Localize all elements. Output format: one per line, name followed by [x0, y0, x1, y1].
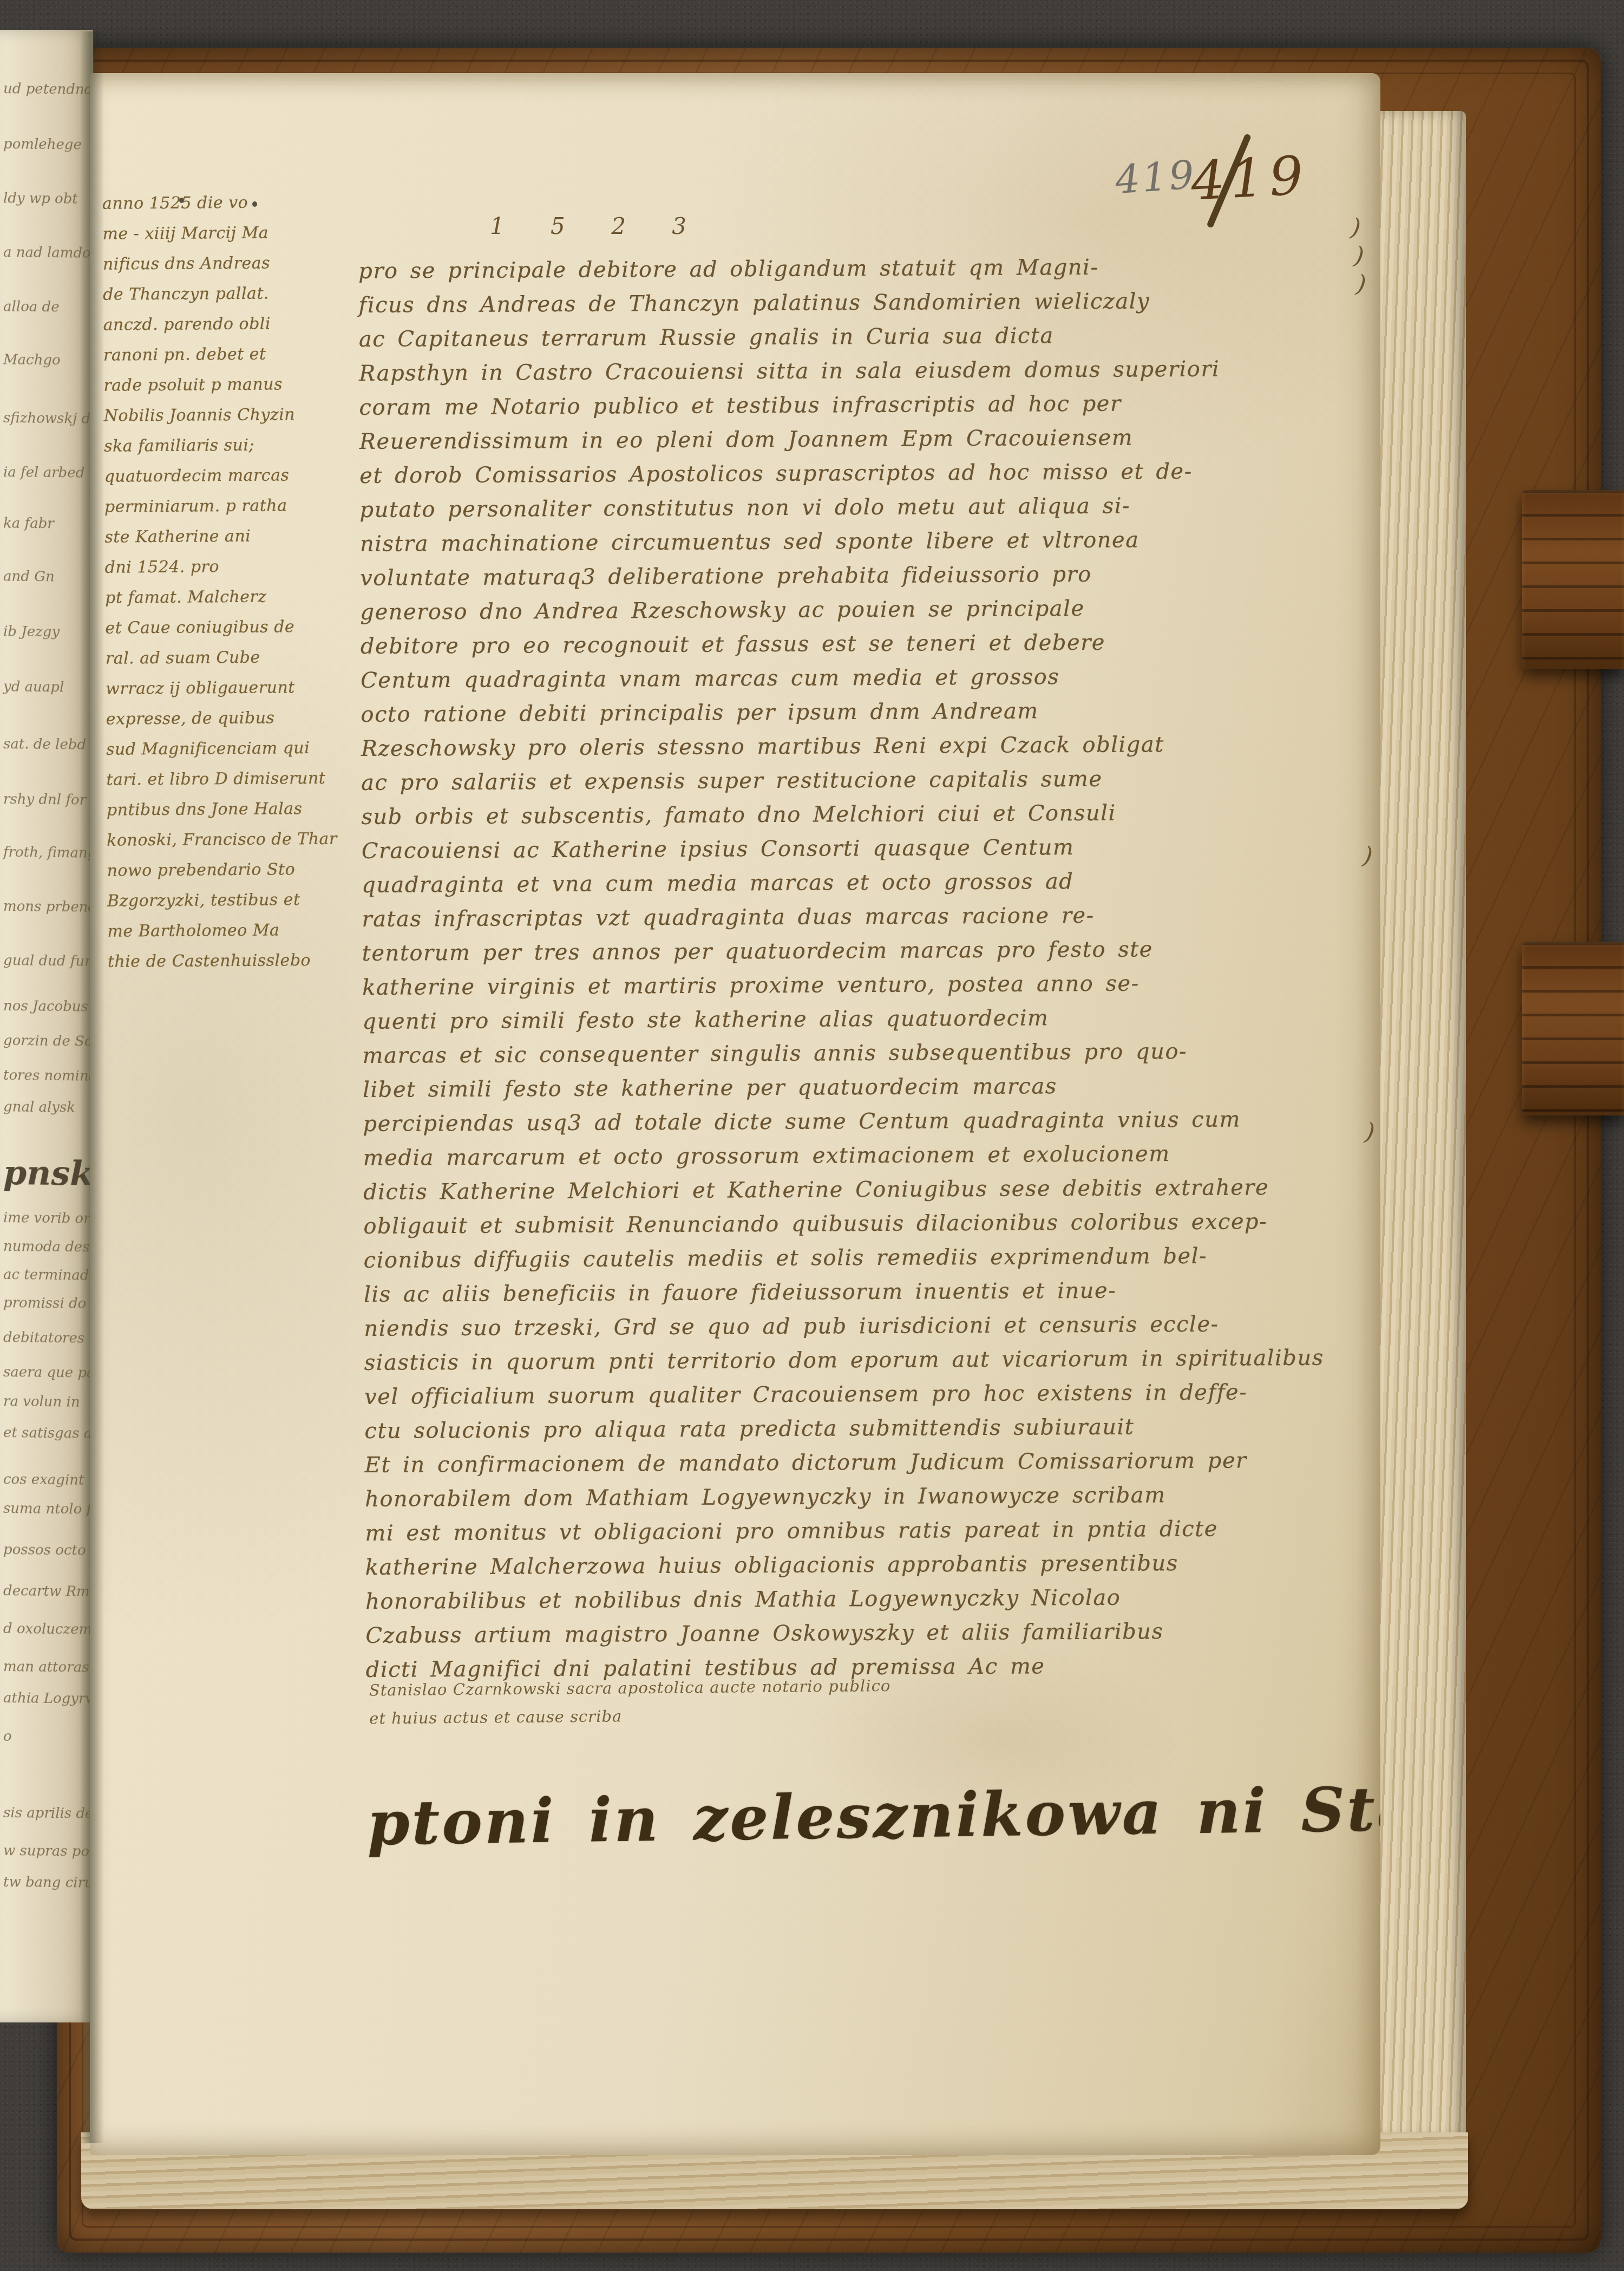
right-margin-mark: ) — [1361, 841, 1374, 870]
facing-page-fragment: d oxoluczemku — [3, 1621, 95, 1638]
facing-page-fragment: decartw Rmi — [3, 1583, 94, 1600]
manuscript-page: 419 419 1 5 2 3 anno 1525 die vome - xii… — [90, 73, 1380, 2155]
right-margin-mark: ) — [1353, 242, 1366, 270]
facing-page-fragment: ka fabr — [3, 515, 54, 532]
facing-page-fragment: pnska — [3, 1153, 95, 1193]
manuscript-photo-stage: ud petendndpomlehegeldy wp obta nad lamd… — [0, 0, 1624, 2271]
facing-page-fragment: sat. de lebd — [3, 736, 86, 753]
facing-page-fragment: suma ntolo fact — [3, 1500, 95, 1518]
facing-page-fragment: mons prbenda — [3, 898, 95, 916]
facing-page-fragment: sfizhowskj do — [3, 410, 95, 427]
facing-page-fragment: sis aprilis dest — [3, 1805, 95, 1822]
facing-page-fragment: yd auapl — [3, 678, 64, 695]
facing-page-fragment: tores nominata — [3, 1067, 95, 1085]
facing-page-fragment: alloa de — [3, 298, 60, 315]
facing-page-fragment: o — [3, 1728, 12, 1745]
facing-page-fragment: gnal alysk — [3, 1099, 75, 1115]
facing-page-fragment: pomlehege — [3, 136, 82, 153]
facing-page-fragment: w supras porn — [3, 1843, 95, 1860]
facing-page-fragment: froth, fimango — [3, 844, 95, 862]
facing-page-fragment: man attorasta — [3, 1659, 95, 1676]
facing-page-fragment: tw bang cirusto — [3, 1874, 95, 1891]
facing-page-text-fragments: ud petendndpomlehegeldy wp obta nad lamd… — [0, 0, 95, 2271]
facing-page-fragment: a nad lamdo — [3, 244, 91, 262]
facing-page-fragment: rshy dnl for — [3, 791, 86, 808]
right-margin-mark: ) — [1355, 270, 1368, 298]
facing-page-fragment: Machgo — [3, 351, 61, 368]
leather-strap-lower — [1522, 942, 1624, 1115]
facing-page-fragment: ime vorib ora — [3, 1210, 95, 1227]
facing-page-fragment: ra volun in — [3, 1393, 80, 1410]
facing-page-fragment: saera que pa — [3, 1364, 95, 1381]
facing-page-fragment: ia fel arbed — [3, 464, 85, 481]
facing-page-fragment: numoda destrui — [3, 1238, 95, 1256]
facing-page-fragment: gual dud fund — [3, 952, 95, 970]
facing-page-fragment: et satisgas ad — [3, 1425, 95, 1442]
facing-page-fragment: debitatores — [3, 1329, 85, 1347]
facing-page-fragment: gorzin de Schan — [3, 1033, 95, 1050]
facing-page-fragment: ac terminad p — [3, 1267, 95, 1284]
facing-page-fragment: possos octo vt — [3, 1542, 95, 1559]
leather-strap-upper — [1522, 490, 1624, 669]
facing-page-fragment: and Gn — [3, 569, 55, 585]
facing-page-fragment: nos Jacobus de — [3, 998, 95, 1015]
facing-page-fragment: ib Jezgy — [3, 623, 60, 640]
right-margin-mark: ) — [1350, 213, 1363, 242]
facing-page-fragment: athia Logyrwn — [3, 1690, 95, 1707]
facing-page-fragment: cos exagint — [3, 1471, 84, 1489]
right-margin-mark: ) — [1364, 1118, 1377, 1146]
facing-page-fragment: ldy wp obt — [3, 190, 78, 207]
facing-page-fragment: ud petendnd — [3, 81, 94, 98]
facing-page-fragment: promissi do — [3, 1295, 87, 1312]
right-margin-marks: ))))) — [90, 73, 1380, 2155]
